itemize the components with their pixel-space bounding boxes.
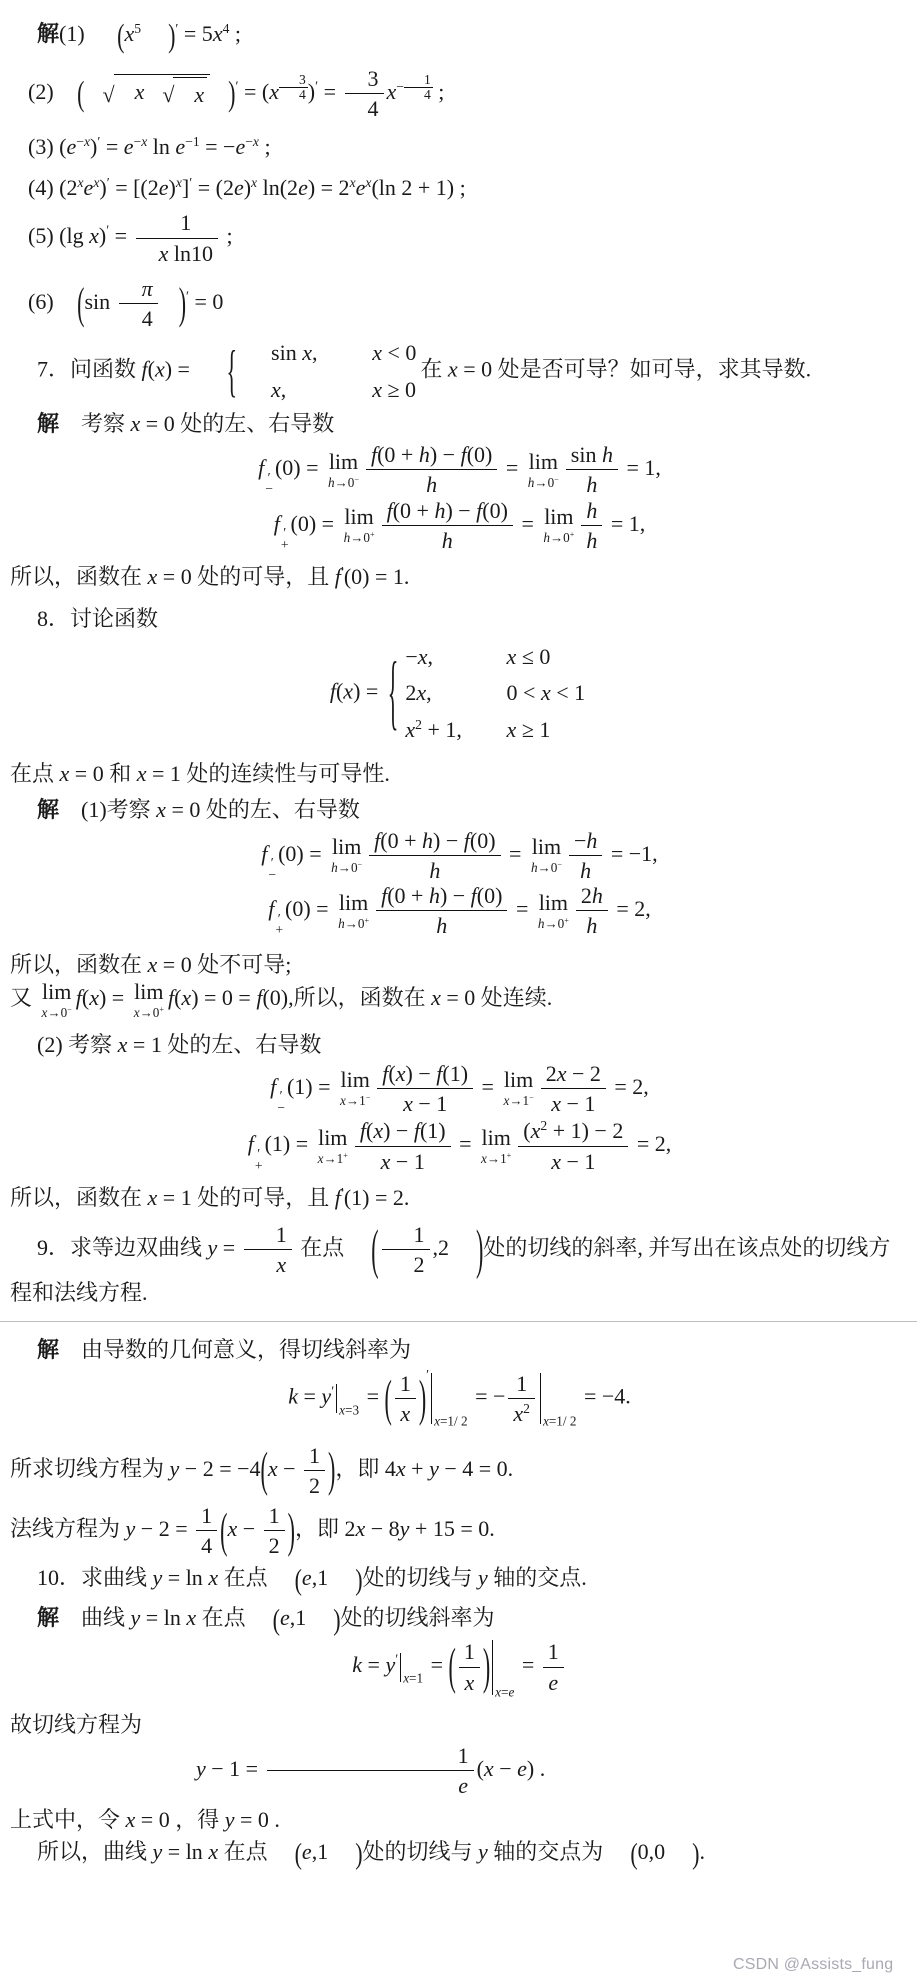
- problem-8-cont: 在点 x = 0 和 x = 1 处的连续性与可导性.: [0, 758, 917, 790]
- sol10-intro: 解 曲线 y = ln x 在点(e,1)处的切线斜率为: [0, 1602, 917, 1634]
- eq7-right-derivative: f′+(0) = limh→0+f(0 + h) − f(0)h = limh→…: [0, 498, 917, 554]
- sol6-item4: (4) (2xex)′ = [(2e)x]′ = (2e)x ln(2e) = …: [0, 172, 917, 204]
- sol9-intro: 解 由导数的几何意义，得切线斜率为: [0, 1334, 917, 1366]
- section-divider: [0, 1321, 917, 1322]
- sol10-tangent-intro: 故切线方程为: [0, 1709, 917, 1741]
- page: { "page": {"width": 917, "height": 1988,…: [0, 0, 917, 1988]
- sol9-tangent-line: 所求切线方程为 y − 2 = −4(x − 12)，即 4x + y − 4 …: [0, 1443, 917, 1499]
- eq9-slope: k = y′x=3 = (1x)′x=1/ 2 = −1x2x=1/ 2 = −…: [0, 1368, 917, 1426]
- eq8-function-cases: f(x) = {−x,x ≤ 02x,0 < x < 1x2 + 1,x ≥ 1: [0, 639, 917, 748]
- eq10-tangent-line: y − 1 = 1e(x − e) .: [0, 1743, 917, 1799]
- sol6-item2: (2) (√x√x)′ = (x34)′ = 34x−14 ;: [0, 66, 917, 122]
- sol10-substitute: 上式中，令 x = 0 ，得 y = 0 .: [0, 1804, 917, 1836]
- eq7-left-derivative: f′−(0) = limh→0−f(0 + h) − f(0)h = limh→…: [0, 442, 917, 498]
- eq8-right-derivative-1: f′+(1) = limx→1+f(x) − f(1)x − 1 = limx→…: [0, 1118, 917, 1174]
- sol6-item1: 解(1) (x5)′ = 5x4 ;: [0, 18, 917, 50]
- eq8-right-derivative-0: f′+(0) = limh→0+f(0 + h) − f(0)h = limh→…: [0, 883, 917, 939]
- sol8-nondifferentiable: 所以，函数在 x = 0 处不可导;: [0, 949, 917, 981]
- csdn-watermark: CSDN @Assists_fung: [733, 1956, 893, 1974]
- sol6-item5: (5) (lg x)′ = 1x ln10 ;: [0, 210, 917, 266]
- eq8-left-derivative-1: f′−(1) = limx→1−f(x) − f(1)x − 1 = limx→…: [0, 1061, 917, 1117]
- sol6-item6: (6) (sin π4)′ = 0: [0, 276, 917, 332]
- eq10-slope: k = y′x=1 = (1x)x=e = 1e: [0, 1639, 917, 1695]
- sol8-continuity: 又 limx→0−f(x) = limx→0+f(x) = 0 = f(0),所…: [0, 981, 917, 1019]
- problem-9: 9．求等边双曲线 y = 1x 在点(12,2)处的切线的斜率, 并写出在该点处…: [0, 1222, 917, 1309]
- sol8-conclusion: 所以，函数在 x = 1 处的可导，且 f′(1) = 2.: [0, 1182, 917, 1214]
- sol8-part2-intro: (2) 考察 x = 1 处的左、右导数: [0, 1029, 917, 1061]
- problem-7: 7．问函数 f(x) = {sin x,x < 0x,x ≥ 0在 x = 0 …: [0, 335, 917, 408]
- sol7-conclusion: 所以，函数在 x = 0 处的可导，且 f′(0) = 1.: [0, 561, 917, 593]
- solution-document: 解(1) (x5)′ = 5x4 ;(2) (√x√x)′ = (x34)′ =…: [0, 0, 917, 1868]
- sol9-normal-line: 法线方程为 y − 2 = 14(x − 12)，即 2x − 8y + 15 …: [0, 1503, 917, 1559]
- problem-10: 10．求曲线 y = ln x 在点(e,1)处的切线与 y 轴的交点.: [0, 1562, 917, 1594]
- sol7-intro: 解 考察 x = 0 处的左、右导数: [0, 408, 917, 440]
- sol10-conclusion: 所以，曲线 y = ln x 在点(e,1)处的切线与 y 轴的交点为(0,0)…: [0, 1836, 917, 1868]
- sol6-item3: (3) (e−x)′ = e−x ln e−1 = −e−x ;: [0, 131, 917, 163]
- eq8-left-derivative-0: f′−(0) = limh→0−f(0 + h) − f(0)h = limh→…: [0, 828, 917, 884]
- sol8-part1-intro: 解 (1)考察 x = 0 处的左、右导数: [0, 794, 917, 826]
- problem-8: 8．讨论函数: [0, 603, 917, 635]
